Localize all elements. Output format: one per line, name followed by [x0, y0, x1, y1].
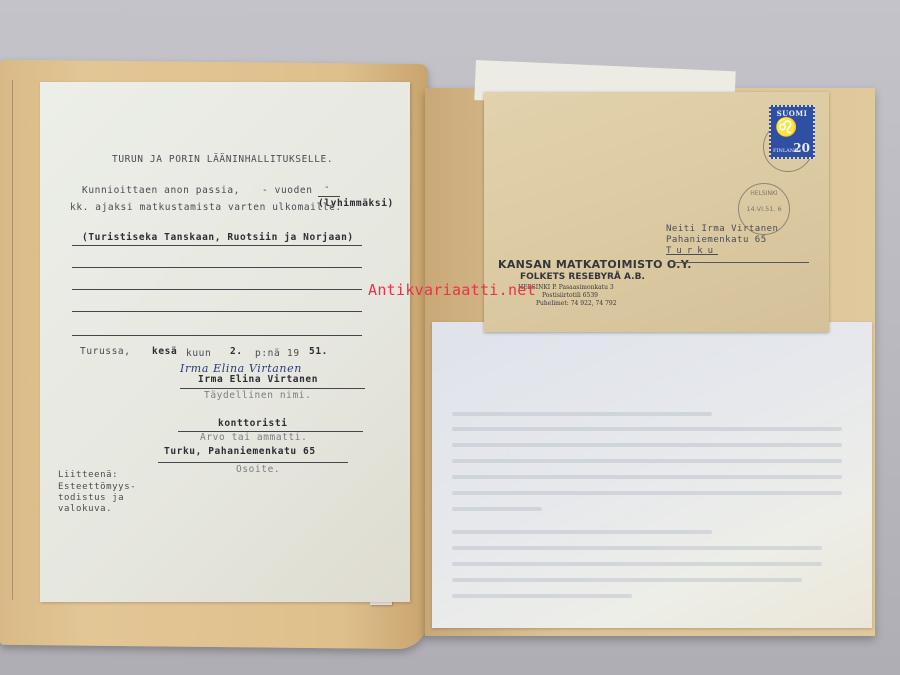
faded-text-line	[452, 546, 822, 550]
blank-line-4	[72, 311, 362, 312]
faded-text-line	[452, 427, 842, 431]
blank-line-1	[72, 245, 362, 246]
recipient-line-3: Turku	[666, 246, 718, 256]
destination: (Turistiseka Tanskaan, Ruotsiin ja Norja…	[82, 232, 354, 243]
day-label: p:nä	[255, 348, 280, 359]
typed-letter	[432, 322, 872, 628]
full-name-rule	[180, 388, 365, 389]
sender-phone: Puhelimet: 74 922, 74 792	[536, 300, 617, 307]
faded-text-line	[452, 443, 842, 447]
address: Turku, Pahaniemenkatu 65	[164, 446, 316, 457]
month: kesä	[152, 346, 177, 357]
passport-application-form: TURUN JA PORIN LÄÄNINHALLITUKSELLE. Kunn…	[40, 82, 410, 602]
faded-text-line	[452, 475, 842, 479]
helsinki-postmark: HELSINKI 14.VI.51. 6	[738, 183, 790, 235]
site-watermark: Antikvariaatti.net	[368, 281, 536, 299]
blank-line-3	[72, 289, 362, 290]
faded-text-line	[452, 491, 842, 495]
year-suffix: 51.	[309, 346, 328, 357]
period-line: kk. ajaksi matkustamista varten ulkomail…	[70, 202, 342, 213]
faded-text-line	[452, 412, 712, 416]
years-label: - vuoden	[262, 185, 313, 196]
lion-emblem-icon: ♌	[775, 119, 797, 137]
page-edge-line	[12, 80, 13, 600]
address-rule	[158, 462, 348, 463]
year-prefix: 19	[287, 348, 300, 359]
faded-text-line	[452, 594, 632, 598]
faded-text-line	[452, 562, 822, 566]
place: Turussa,	[80, 346, 131, 357]
faded-text-line	[452, 459, 842, 463]
postmark-city: HELSINKI	[739, 190, 789, 197]
blank-line-2	[72, 267, 362, 268]
day: 2.	[230, 346, 243, 357]
attachment-item: valokuva.	[58, 504, 112, 514]
attachment-item: Esteettömyys-	[58, 482, 136, 492]
occupation-label: Arvo tai ammatti.	[200, 432, 307, 443]
attachments-label: Liitteenä:	[58, 470, 118, 480]
years-value: -	[324, 182, 330, 193]
attachment-item: todistus ja	[58, 493, 124, 503]
faded-text-line	[452, 530, 712, 534]
sender-postbox: Postisiirtotili 6539	[542, 292, 598, 299]
sender-name-swedish: FOLKETS RESEBYRÅ A.B.	[520, 272, 645, 282]
blank-line-5	[72, 335, 362, 336]
request-line: Kunnioittaen anon passia,	[82, 185, 240, 196]
address-underline	[674, 262, 809, 263]
years-rule	[318, 196, 340, 197]
postmark-date: 14.VI.51. 6	[739, 205, 789, 213]
full-name: Irma Elina Virtanen	[198, 374, 318, 385]
recipient-line-2: Pahaniemenkatu 65	[666, 235, 767, 245]
stamp-value: 20	[793, 141, 810, 155]
sender-name: KANSAN MATKATOIMISTO O.Y.	[498, 258, 692, 271]
month-label: kuun	[186, 348, 211, 359]
faded-text-line	[452, 507, 542, 511]
full-name-label: Täydellinen nimi.	[204, 390, 311, 401]
faded-text-line	[452, 578, 802, 582]
form-heading: TURUN JA PORIN LÄÄNINHALLITUKSELLE.	[112, 154, 333, 165]
occupation: konttoristi	[218, 418, 288, 429]
postage-stamp: SUOMI ♌ FINLAND 20	[769, 105, 815, 159]
address-label: Osoite.	[236, 464, 280, 475]
